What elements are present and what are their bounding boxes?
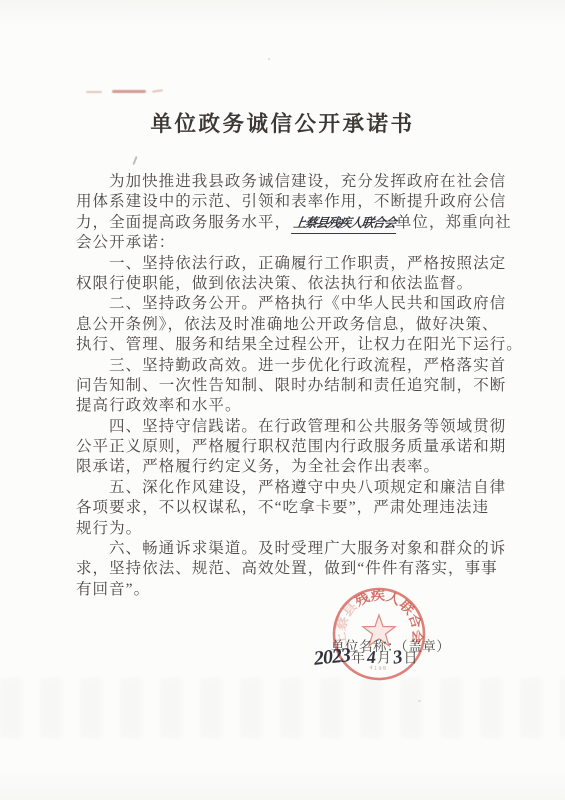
- text-line: 有回音”。: [76, 580, 516, 600]
- text-line: 五、深化作风建设，严格遵守中央八项规定和廉洁自律: [76, 478, 516, 498]
- text-line: 规行为。: [76, 519, 516, 539]
- text-line: 求，坚持依法、规范、高效处置，做到“件件有落实，事事: [76, 559, 516, 579]
- text-segment: 公平正义原则，严格履行职权范围内行政服务质量承诺和期: [76, 438, 506, 455]
- text-line: 限承诺，严格履行约定义务，为全社会作出表率。: [76, 457, 516, 477]
- red-ink-smudge: [86, 91, 102, 93]
- handwritten-day: 3: [391, 646, 404, 669]
- text-segment: 问告知制、一次性告知制、限时办结制和责任追究制，不断: [76, 377, 506, 394]
- text-line: 用体系建设中的示范、引领和表率作用，不断提升政府公信: [76, 192, 516, 212]
- text-segment: 有回音”。: [76, 581, 150, 598]
- text-line: 六、畅通诉求渠道。及时受理广大服务对象和群众的诉: [76, 539, 516, 559]
- text-segment: 单位，郑重向社: [396, 214, 512, 231]
- document-body: 为加快推进我县政务诚信建设，充分发挥政府在社会信用体系建设中的示范、引领和表率作…: [76, 172, 516, 600]
- handwritten-month: 4: [366, 647, 376, 668]
- year-character: 年: [351, 652, 366, 667]
- text-segment: 执行、管理、服务和结果全过程公开，让权力在阳光下运行。: [76, 336, 523, 353]
- text-segment: 权限行使职能，做到依法决策、依法执行和依法监督。: [76, 275, 473, 292]
- text-segment: 规行为。: [76, 520, 142, 537]
- text-line: 问告知制、一次性告知制、限时办结制和责任追究制，不断: [76, 376, 516, 396]
- text-segment: 二、坚持政务公开。严格执行《中华人民共和国政府信: [109, 295, 506, 312]
- red-ink-smudge: [152, 89, 163, 93]
- text-line: 三、坚持勤政高效。进一步优化行政流程，严格落实首: [76, 356, 516, 376]
- text-line: 公平正义原则，严格履行职权范围内行政服务质量承诺和期: [76, 437, 516, 457]
- text-segment: 提高行政效率和水平。: [76, 397, 242, 414]
- text-line: 四、坚持守信践诺。在行政管理和公共服务等领域贯彻: [76, 417, 516, 437]
- text-segment: 力，全面提高政务服务水平，: [76, 214, 291, 231]
- text-line: 为加快推进我县政务诚信建设，充分发挥政府在社会信: [76, 172, 516, 192]
- text-segment: 用体系建设中的示范、引领和表率作用，不断提升政府公信: [76, 193, 506, 210]
- handwritten-year: 2023: [313, 644, 351, 671]
- text-segment: 四、坚持守信践诺。在行政管理和公共服务等领域贯彻: [109, 418, 506, 435]
- text-line: 会公开承诺：: [76, 233, 516, 253]
- signature-date: 2023年4月3日: [314, 646, 419, 672]
- scanned-document-page: 单位政务诚信公开承诺书 为加快推进我县政务诚信建设，充分发挥政府在社会信用体系建…: [0, 0, 565, 800]
- month-character: 月: [377, 652, 392, 667]
- text-segment: 息公开条例》，依法及时准确地公开政务信息，做好决策、: [76, 316, 499, 333]
- text-line: 息公开条例》，依法及时准确地公开政务信息，做好决策、: [76, 315, 516, 335]
- text-segment: 三、坚持勤政高效。进一步优化行政流程，严格落实首: [109, 357, 506, 374]
- text-line: 二、坚持政务公开。严格执行《中华人民共和国政府信: [76, 294, 516, 314]
- document-title: 单位政务诚信公开承诺书: [0, 109, 565, 139]
- pen-tick-mark: [132, 156, 137, 165]
- scan-speck: [268, 58, 270, 60]
- text-segment: 求，坚持依法、规范、高效处置，做到“件件有落实，事事: [76, 560, 498, 577]
- text-line: 提高行政效率和水平。: [76, 396, 516, 416]
- text-segment: 各项要求，不以权谋私，不“吃拿卡要”，严肃处理违法违: [76, 499, 489, 516]
- text-segment: 会公开承诺：: [76, 234, 175, 251]
- text-segment: 一、坚持依法行政，正确履行工作职责，严格按照法定: [109, 255, 506, 272]
- handwritten-unit-name: 上蔡县残疾人联合会: [291, 213, 399, 234]
- scan-speck: [418, 700, 421, 702]
- text-line: 执行、管理、服务和结果全过程公开，让权力在阳光下运行。: [76, 335, 516, 355]
- text-line: 力，全面提高政务服务水平，上蔡县残疾人联合会单位，郑重向社: [76, 213, 516, 233]
- text-segment: 五、深化作风建设，严格遵守中央八项规定和廉洁自律: [109, 479, 506, 496]
- text-line: 权限行使职能，做到依法决策、依法执行和依法监督。: [76, 274, 516, 294]
- red-ink-smudge: [112, 90, 146, 93]
- day-character: 日: [404, 652, 419, 667]
- text-line: 各项要求，不以权谋私，不“吃拿卡要”，严肃处理违法违: [76, 498, 516, 518]
- text-segment: 限承诺，严格履行约定义务，为全社会作出表率。: [76, 458, 440, 475]
- text-segment: 六、畅通诉求渠道。及时受理广大服务对象和群众的诉: [109, 540, 506, 557]
- text-segment: 为加快推进我县政务诚信建设，充分发挥政府在社会信: [109, 173, 506, 190]
- text-line: 一、坚持依法行政，正确履行工作职责，严格按照法定: [76, 254, 516, 274]
